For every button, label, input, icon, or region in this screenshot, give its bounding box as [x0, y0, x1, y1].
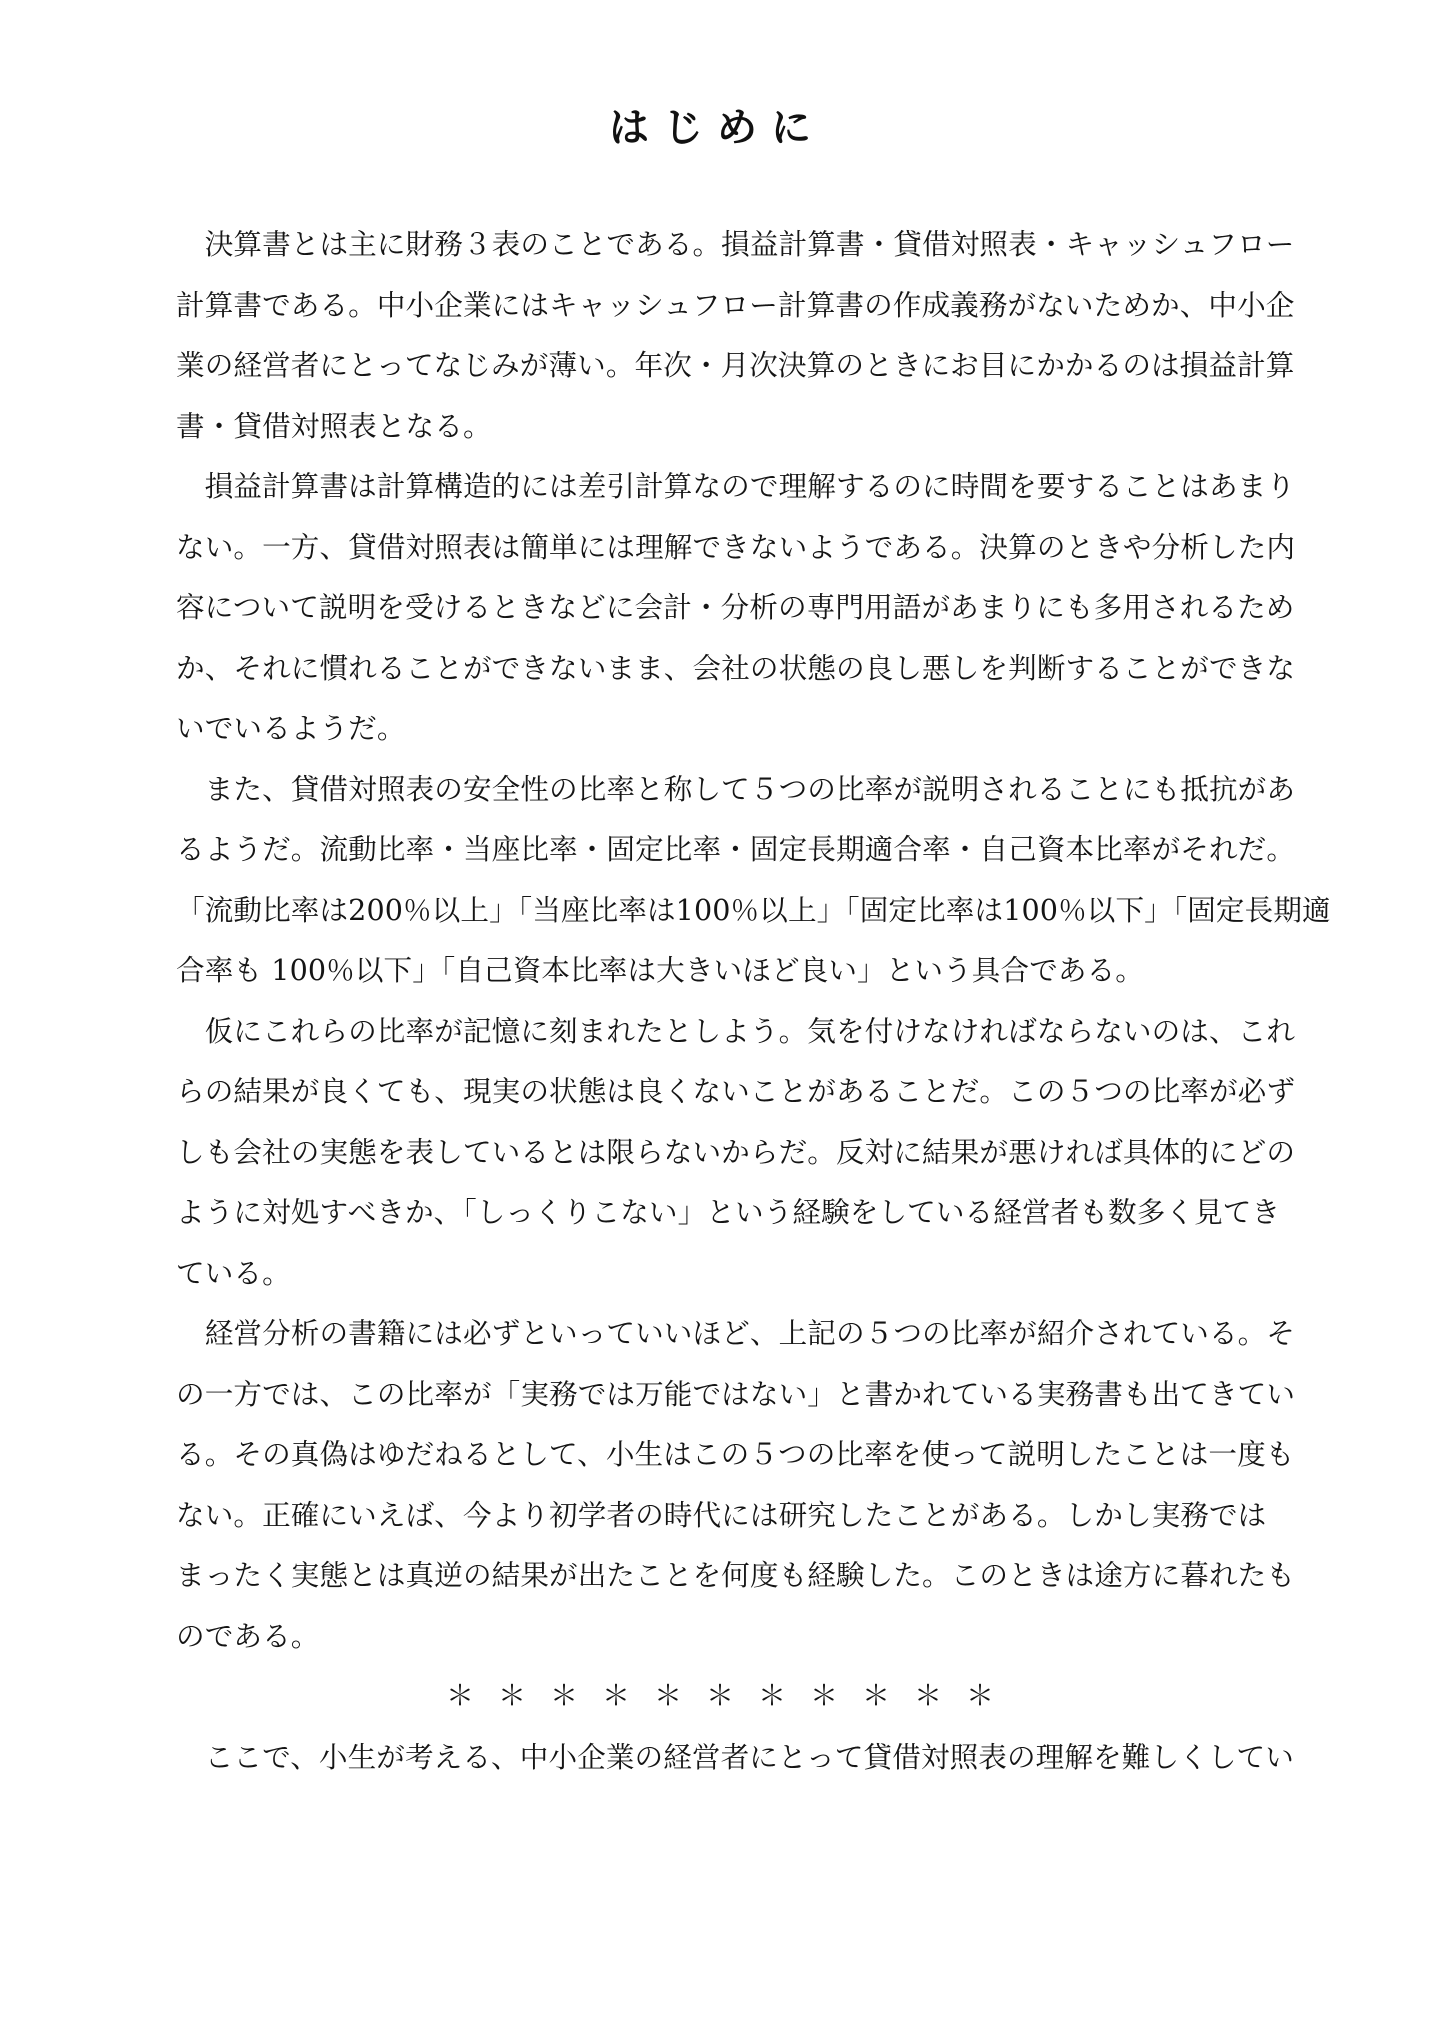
text-line: 経営分析の書籍には必ずといっていいほど、上記の５つの比率が紹介されている。そ: [176, 1311, 1264, 1372]
text-line: まったく実態とは真逆の結果が出たことを何度も経験した。このときは途方に暮れたも: [176, 1553, 1264, 1614]
text-line: ない。一方、貸借対照表は簡単には理解できないようである。決算のときや分析した内: [176, 525, 1264, 586]
text-line: ように対処すべきか、「しっくりこない」という経験をしている経営者も数多く見てき: [176, 1190, 1264, 1251]
text-line: 計算書である。中小企業にはキャッシュフロー計算書の作成義務がないためか、中小企: [176, 283, 1264, 344]
text-line: いでいるようだ。: [176, 706, 1264, 767]
paragraph-6: ここで、小生が考える、中小企業の経営者にとって貸借対照表の理解を難しくしてい: [176, 1735, 1264, 1796]
text-line: ている。: [176, 1251, 1264, 1312]
text-line: 合率も 100％以下」「自己資本比率は大きいほど良い」という具合である。: [176, 948, 1264, 1009]
text-line: 損益計算書は計算構造的には差引計算なので理解するのに時間を要することはあまり: [176, 464, 1264, 525]
text-line: のである。: [176, 1614, 1264, 1675]
text-line: 書・貸借対照表となる。: [176, 404, 1264, 465]
text-line: 容について説明を受けるときなどに会計・分析の専門用語があまりにも多用されるため: [176, 585, 1264, 646]
text-line: しも会社の実態を表しているとは限らないからだ。反対に結果が悪ければ具体的にどの: [176, 1130, 1264, 1191]
section-separator: ＊＊＊＊＊＊＊＊＊＊＊: [176, 1674, 1264, 1735]
paragraph-4: 仮にこれらの比率が記憶に刻まれたとしよう。気を付けなければならないのは、これ ら…: [176, 1009, 1264, 1312]
text-line: らの結果が良くても、現実の状態は良くないことがあることだ。この５つの比率が必ず: [176, 1069, 1264, 1130]
text-line: か、それに慣れることができないまま、会社の状態の良し悪しを判断することができな: [176, 646, 1264, 707]
body-text: 決算書とは主に財務３表のことである。損益計算書・貸借対照表・キャッシュフロー 計…: [176, 222, 1264, 1795]
text-line: ない。正確にいえば、今より初学者の時代には研究したことがある。しかし実務では: [176, 1493, 1264, 1554]
text-line: 業の経営者にとってなじみが薄い。年次・月次決算のときにお目にかかるのは損益計算: [176, 343, 1264, 404]
text-line: 決算書とは主に財務３表のことである。損益計算書・貸借対照表・キャッシュフロー: [176, 222, 1264, 283]
document-page: はじめに 決算書とは主に財務３表のことである。損益計算書・貸借対照表・キャッシュ…: [0, 0, 1434, 2024]
paragraph-2: 損益計算書は計算構造的には差引計算なので理解するのに時間を要することはあまり な…: [176, 464, 1264, 767]
text-line: る。その真偽はゆだねるとして、小生はこの５つの比率を使って説明したことは一度も: [176, 1432, 1264, 1493]
text-line: ここで、小生が考える、中小企業の経営者にとって貸借対照表の理解を難しくしてい: [176, 1735, 1264, 1796]
text-line: 「流動比率は200％以上」「当座比率は100％以上」「固定比率は100％以下」「…: [176, 888, 1264, 949]
page-title: はじめに: [0, 100, 1434, 156]
text-line: また、貸借対照表の安全性の比率と称して５つの比率が説明されることにも抵抗があ: [176, 767, 1264, 828]
text-line: の一方では、この比率が「実務では万能ではない」と書かれている実務書も出てきてい: [176, 1372, 1264, 1433]
text-line: 仮にこれらの比率が記憶に刻まれたとしよう。気を付けなければならないのは、これ: [176, 1009, 1264, 1070]
paragraph-1: 決算書とは主に財務３表のことである。損益計算書・貸借対照表・キャッシュフロー 計…: [176, 222, 1264, 464]
text-line: るようだ。流動比率・当座比率・固定比率・固定長期適合率・自己資本比率がそれだ。: [176, 827, 1264, 888]
paragraph-3: また、貸借対照表の安全性の比率と称して５つの比率が説明されることにも抵抗があ る…: [176, 767, 1264, 1009]
paragraph-5: 経営分析の書籍には必ずといっていいほど、上記の５つの比率が紹介されている。そ の…: [176, 1311, 1264, 1674]
